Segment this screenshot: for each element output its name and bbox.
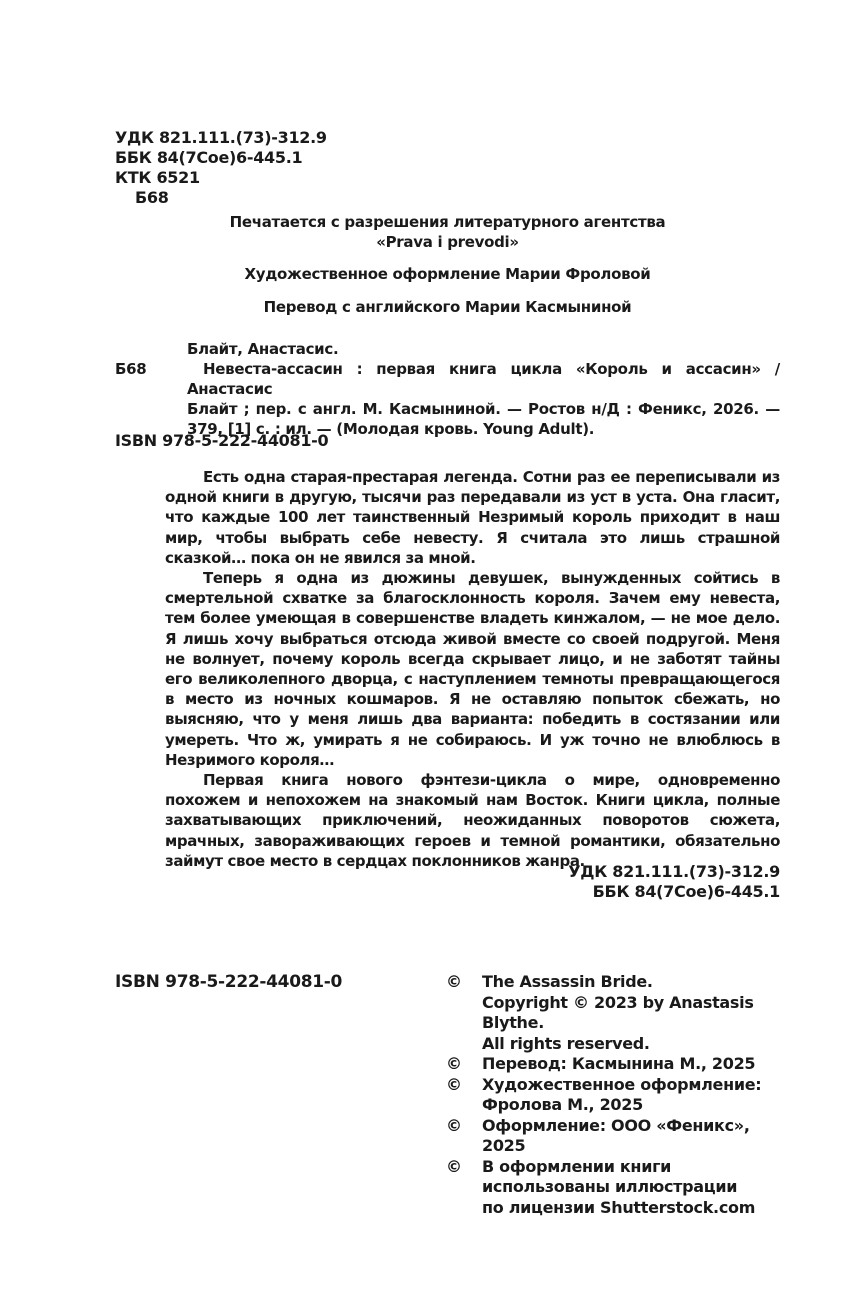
author-heading: Блайт, Анастасис. — [115, 339, 780, 359]
copyright-icon: © — [446, 1157, 462, 1178]
art-design-credit: Художественное оформление Марии Фроловой — [115, 264, 780, 284]
bottom-bbk: ББК 84(7Сое)6-445.1 — [568, 882, 780, 902]
copyright-line: Оформление: ООО «Феникс», 2025 — [482, 1116, 786, 1157]
bottom-udk: УДК 821.111.(73)-312.9 — [568, 862, 780, 882]
copyright-icon: © — [446, 1116, 462, 1137]
udk-code: УДК 821.111.(73)-312.9 — [115, 128, 327, 148]
copyright-icon: © — [446, 1054, 462, 1075]
copyright-item: © Художественное оформление: Фролова М.,… — [446, 1075, 786, 1116]
permission-notice: Печатается с разрешения литературного аг… — [115, 212, 780, 252]
annotation: Есть одна старая-престарая легенда. Сотн… — [165, 467, 780, 871]
classification-codes: УДК 821.111.(73)-312.9 ББК 84(7Сое)6-445… — [115, 128, 327, 208]
annotation-paragraph: Теперь я одна из дюжины девушек, вынужде… — [165, 568, 780, 770]
annotation-paragraph: Есть одна старая-престарая легенда. Сотн… — [165, 467, 780, 568]
bibliographic-record: Блайт, Анастасис. Б68 Невеста-ассасин : … — [115, 339, 780, 439]
copyright-line: All rights reserved. — [482, 1034, 786, 1055]
permission-line-1: Печатается с разрешения литературного аг… — [115, 212, 780, 232]
author-mark: Б68 — [115, 188, 327, 208]
permission-line-2: «Prava i prevodi» — [115, 232, 780, 252]
isbn-bottom: ISBN 978-5-222-44081-0 — [115, 972, 342, 992]
copyright-item: © В оформлении книги использованы иллюст… — [446, 1157, 786, 1219]
copyright-line: The Assassin Bride. — [482, 972, 786, 993]
copyright-line: по лицензии Shutterstock.com — [482, 1198, 786, 1219]
copyright-list: © The Assassin Bride. Copyright © 2023 b… — [446, 972, 786, 1218]
copyright-line: Художественное оформление: — [482, 1075, 786, 1096]
biblio-line-1: Невеста-ассасин : первая книга цикла «Ко… — [115, 359, 780, 399]
copyright-icon: © — [446, 972, 462, 993]
copyright-line: В оформлении книги — [482, 1157, 786, 1178]
copyright-line: использованы иллюстрации — [482, 1177, 786, 1198]
isbn-top: ISBN 978-5-222-44081-0 — [115, 431, 328, 450]
annotation-paragraph: Первая книга нового фэнтези-цикла о мире… — [165, 770, 780, 871]
translation-credit: Перевод с английского Марии Касмыниной — [115, 297, 780, 317]
copyright-line: Фролова М., 2025 — [482, 1095, 786, 1116]
biblio-line-2: Блайт ; пер. с англ. М. Касмыниной. — Ро… — [115, 399, 780, 419]
copyright-item: © Перевод: Касмынина М., 2025 — [446, 1054, 786, 1075]
bbk-code: ББК 84(7Сое)6-445.1 — [115, 148, 327, 168]
copyright-item: © The Assassin Bride. Copyright © 2023 b… — [446, 972, 786, 1054]
copyright-icon: © — [446, 1075, 462, 1096]
bottom-codes: УДК 821.111.(73)-312.9 ББК 84(7Сое)6-445… — [568, 862, 780, 902]
copyright-line: Copyright © 2023 by Anastasis Blythe. — [482, 993, 786, 1034]
biblio-author-mark: Б68 — [115, 359, 146, 379]
copyright-line: Перевод: Касмынина М., 2025 — [482, 1054, 786, 1075]
ktk-code: КТК 6521 — [115, 168, 327, 188]
copyright-item: © Оформление: ООО «Феникс», 2025 — [446, 1116, 786, 1157]
